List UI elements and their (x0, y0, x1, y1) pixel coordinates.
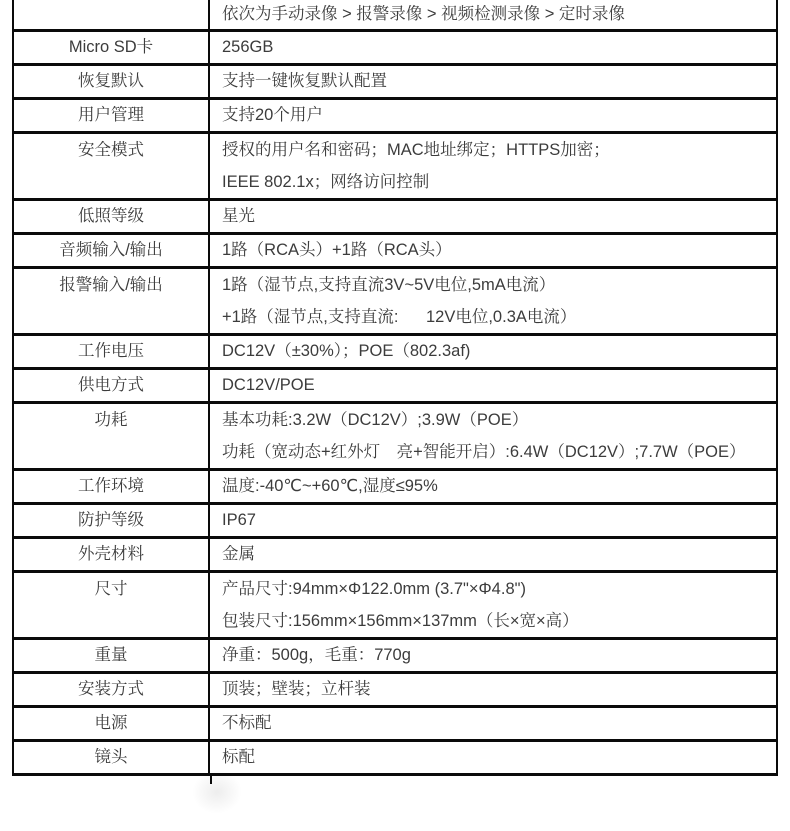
spec-label-cell: 报警输入/输出 (14, 269, 210, 333)
spec-value-line: 净重：500g，毛重：770g (222, 640, 776, 671)
spec-value-line: 产品尺寸:94mm×Φ122.0mm (3.7"×Φ4.8") (222, 573, 776, 605)
table-row: 工作电压DC12V（±30%）；POE（802.3af) (14, 336, 776, 370)
spec-value-cell: 净重：500g，毛重：770g (210, 640, 776, 671)
spec-label-cell: 供电方式 (14, 370, 210, 401)
spec-value-line: 功耗（宽动态+红外灯 亮+智能开启）:6.4W（DC12V）;7.7W（POE） (222, 436, 776, 468)
spec-value-cell: 依次为手动录像 > 报警录像 > 视频检测录像 > 定时录像 (210, 0, 776, 29)
spec-value-line: 标配 (222, 742, 776, 773)
spec-value-line: 支持20个用户 (222, 100, 776, 131)
spec-value-line: 基本功耗:3.2W（DC12V）;3.9W（POE） (222, 404, 776, 436)
spec-value-line: IP67 (222, 505, 776, 536)
spec-value-line: 256GB (222, 32, 776, 63)
table-row: 用户管理支持20个用户 (14, 100, 776, 134)
spec-value-cell: 授权的用户名和密码；MAC地址绑定；HTTPS加密；IEEE 802.1x；网络… (210, 134, 776, 198)
spec-label-cell: 防护等级 (14, 505, 210, 536)
spec-value-cell: 顶装；壁装；立杆装 (210, 674, 776, 705)
table-row: 电源不标配 (14, 708, 776, 742)
spec-label-cell: 工作电压 (14, 336, 210, 367)
spec-value-cell: 1路（湿节点,支持直流3V~5V电位,5mA电流）+1路（湿节点,支持直流: 1… (210, 269, 776, 333)
spec-value-cell: 1路（RCA头）+1路（RCA头） (210, 235, 776, 266)
table-row: 重量净重：500g，毛重：770g (14, 640, 776, 674)
table-row: 外壳材料金属 (14, 539, 776, 573)
spec-value-cell: 支持一键恢复默认配置 (210, 66, 776, 97)
spec-value-line: IEEE 802.1x；网络访问控制 (222, 166, 776, 198)
column-divider-stub (210, 776, 212, 784)
spec-value-line: 包装尺寸:156mm×156mm×137mm（长×宽×高） (222, 605, 776, 637)
spec-value-line: 星光 (222, 201, 776, 232)
spec-label-cell: 尺寸 (14, 573, 210, 637)
spec-value-line: DC12V/POE (222, 370, 776, 401)
spec-value-line: 1路（湿节点,支持直流3V~5V电位,5mA电流） (222, 269, 776, 301)
spec-label-cell: 用户管理 (14, 100, 210, 131)
spec-value-line: +1路（湿节点,支持直流: 12V电位,0.3A电流） (222, 301, 776, 333)
spec-value-cell: 标配 (210, 742, 776, 773)
table-row: 工作环境温度:-40℃~+60℃,湿度≤95% (14, 471, 776, 505)
spec-value-cell: 产品尺寸:94mm×Φ122.0mm (3.7"×Φ4.8")包装尺寸:156m… (210, 573, 776, 637)
table-row: 尺寸产品尺寸:94mm×Φ122.0mm (3.7"×Φ4.8")包装尺寸:15… (14, 573, 776, 640)
spec-value-cell: DC12V/POE (210, 370, 776, 401)
spec-value-line: 授权的用户名和密码；MAC地址绑定；HTTPS加密； (222, 134, 776, 166)
watermark-smudge (192, 770, 242, 814)
table-row: 供电方式DC12V/POE (14, 370, 776, 404)
spec-value-cell: 256GB (210, 32, 776, 63)
spec-label-cell: 安装方式 (14, 674, 210, 705)
table-row: Micro SD卡256GB (14, 32, 776, 66)
spec-label-cell: 低照等级 (14, 201, 210, 232)
spec-value-cell: 温度:-40℃~+60℃,湿度≤95% (210, 471, 776, 502)
spec-value-line: 金属 (222, 539, 776, 570)
spec-value-cell: IP67 (210, 505, 776, 536)
table-row: 功耗基本功耗:3.2W（DC12V）;3.9W（POE）功耗（宽动态+红外灯 亮… (14, 404, 776, 471)
table-row: 报警输入/输出1路（湿节点,支持直流3V~5V电位,5mA电流）+1路（湿节点,… (14, 269, 776, 336)
spec-label-cell: 音频输入/输出 (14, 235, 210, 266)
table-row: 安全模式授权的用户名和密码；MAC地址绑定；HTTPS加密；IEEE 802.1… (14, 134, 776, 201)
spec-label-cell: 功耗 (14, 404, 210, 468)
spec-label-cell: 恢复默认 (14, 66, 210, 97)
spec-value-line: 温度:-40℃~+60℃,湿度≤95% (222, 471, 776, 502)
spec-value-cell: 支持20个用户 (210, 100, 776, 131)
spec-value-line: 不标配 (222, 708, 776, 739)
spec-value-line: 1路（RCA头）+1路（RCA头） (222, 235, 776, 266)
spec-label-cell: 安全模式 (14, 134, 210, 198)
table-row: 镜头标配 (14, 742, 776, 776)
spec-label-cell: Micro SD卡 (14, 32, 210, 63)
spec-label-cell: 外壳材料 (14, 539, 210, 570)
table-row: 恢复默认支持一键恢复默认配置 (14, 66, 776, 100)
spec-value-line: DC12V（±30%）；POE（802.3af) (222, 336, 776, 367)
table-row: 依次为手动录像 > 报警录像 > 视频检测录像 > 定时录像 (14, 0, 776, 32)
spec-label-cell: 镜头 (14, 742, 210, 773)
spec-table: 依次为手动录像 > 报警录像 > 视频检测录像 > 定时录像Micro SD卡2… (12, 0, 778, 776)
spec-value-line: 支持一键恢复默认配置 (222, 66, 776, 97)
spec-value-cell: DC12V（±30%）；POE（802.3af) (210, 336, 776, 367)
spec-value-cell: 星光 (210, 201, 776, 232)
table-row: 防护等级IP67 (14, 505, 776, 539)
spec-label-cell (14, 0, 210, 29)
spec-label-cell: 工作环境 (14, 471, 210, 502)
spec-value-cell: 基本功耗:3.2W（DC12V）;3.9W（POE）功耗（宽动态+红外灯 亮+智… (210, 404, 776, 468)
spec-value-line: 依次为手动录像 > 报警录像 > 视频检测录像 > 定时录像 (222, 0, 776, 29)
spec-label-cell: 重量 (14, 640, 210, 671)
table-row: 安装方式顶装；壁装；立杆装 (14, 674, 776, 708)
spec-value-line: 顶装；壁装；立杆装 (222, 674, 776, 705)
table-row: 音频输入/输出1路（RCA头）+1路（RCA头） (14, 235, 776, 269)
spec-value-cell: 金属 (210, 539, 776, 570)
table-row: 低照等级星光 (14, 201, 776, 235)
spec-value-cell: 不标配 (210, 708, 776, 739)
spec-label-cell: 电源 (14, 708, 210, 739)
